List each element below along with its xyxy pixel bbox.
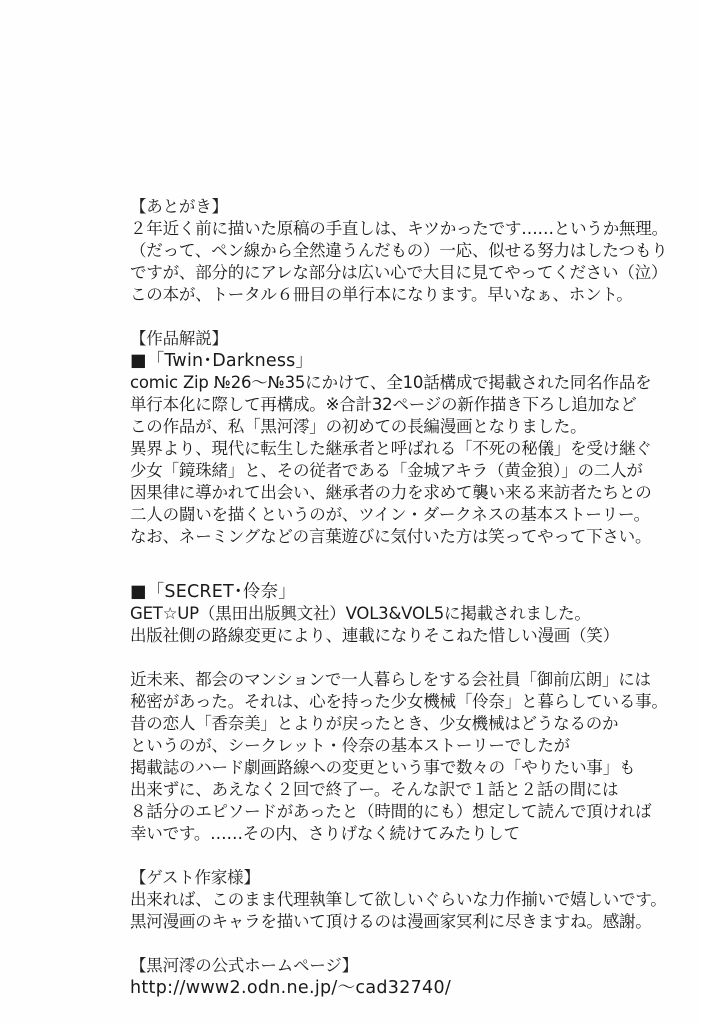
work-line: この作品が、私「黒河澪」の初めての長編漫画となりました。 <box>130 416 630 438</box>
guest-artists-section: 【ゲスト作家様】 出来れば、このまま代理執筆して欲しいぐらいな力作揃いで嬉しいで… <box>130 867 630 933</box>
work-line: 二人の闘いを描くというのが、ツイン・ダークネスの基本ストーリー。 <box>130 504 630 526</box>
afterword-line: ですが、部分的にアレな部分は広い心で大目に見てやってください（泣） <box>130 262 630 284</box>
homepage-heading: 【黒河澪の公式ホームページ】 <box>130 955 630 977</box>
commentary-section: 【作品解説】 ■「Twin･Darkness」 comic Zip №26～№3… <box>130 328 630 845</box>
commentary-heading: 【作品解説】 <box>130 328 630 350</box>
homepage-url: http://www2.odn.ne.jp/～cad32740/ <box>130 977 630 999</box>
work-line: 異界より、現代に転生した継承者と呼ばれる「不死の秘儀」を受け継ぐ <box>130 438 630 460</box>
work-line: 単行本化に際して再構成。※合計32ページの新作描き下ろし追加など <box>130 394 630 416</box>
work-twin-darkness: ■「Twin･Darkness」 comic Zip №26～№35にかけて、全… <box>130 350 630 548</box>
guest-artists-line: 黒河漫画のキャラを描いて頂けるのは漫画家冥利に尽きますね。感謝。 <box>130 911 630 933</box>
spacer <box>130 548 630 581</box>
story-line: 昔の恋人「香奈美」とよりが戻ったとき、少女機械はどうなるのか <box>130 713 630 735</box>
afterword-heading: 【あとがき】 <box>130 196 630 218</box>
work-title: ■「SECRET･伶奈」 <box>130 581 630 603</box>
afterword-page: 【あとがき】 ２年近く前に描いた原稿の手直しは、キツかったです……というか無理。… <box>130 196 630 999</box>
work-line: 少女「鏡珠緒」と、その従者である「金城アキラ（黄金狼）」の二人が <box>130 460 630 482</box>
work-line: comic Zip №26～№35にかけて、全10話構成で掲載された同名作品を <box>130 372 630 394</box>
story-line: 幸いです。……その内、さりげなく続けてみたりして <box>130 823 630 845</box>
story-line: 近未来、都会のマンションで一人暮らしをする会社員「御前広朗」には <box>130 669 630 691</box>
work-line: 因果律に導かれて出会い、継承者の力を求めて襲い来る来訪者たちとの <box>130 482 630 504</box>
story-line: 出来ずに、あえなく２回で終了ー。そんな訳で１話と２話の間には <box>130 779 630 801</box>
story-line: というのが、シークレット・伶奈の基本ストーリーでしたが <box>130 735 630 757</box>
homepage-section: 【黒河澪の公式ホームページ】 http://www2.odn.ne.jp/～ca… <box>130 955 630 999</box>
spacer <box>130 845 630 867</box>
spacer <box>130 306 630 328</box>
work-secret-reina: ■「SECRET･伶奈」 GET☆UP（黒田出版興文社）VOL3&VOL5に掲載… <box>130 581 630 845</box>
story-line: 掲載誌のハード劇画路線への変更という事で数々の「やりたい事」も <box>130 757 630 779</box>
work-line: 出版社側の路線変更により、連載になりそこねた惜しい漫画（笑） <box>130 625 630 647</box>
work-title: ■「Twin･Darkness」 <box>130 350 630 372</box>
story-line: ８話分のエピソードがあったと（時間的にも）想定して読んで頂ければ <box>130 801 630 823</box>
afterword-line: ２年近く前に描いた原稿の手直しは、キツかったです……というか無理。 <box>130 218 630 240</box>
work-line: GET☆UP（黒田出版興文社）VOL3&VOL5に掲載されました。 <box>130 603 630 625</box>
work-line: なお、ネーミングなどの言葉遊びに気付いた方は笑ってやって下さい。 <box>130 526 630 548</box>
afterword-line: この本が、トータル６冊目の単行本になります。早いなぁ、ホント。 <box>130 284 630 306</box>
spacer <box>130 933 630 955</box>
guest-artists-line: 出来れば、このまま代理執筆して欲しいぐらいな力作揃いで嬉しいです。 <box>130 889 630 911</box>
spacer <box>130 647 630 669</box>
afterword-section: 【あとがき】 ２年近く前に描いた原稿の手直しは、キツかったです……というか無理。… <box>130 196 630 306</box>
afterword-line: （だって、ペン線から全然違うんだもの）一応、似せる努力はしたつもり <box>130 240 630 262</box>
guest-artists-heading: 【ゲスト作家様】 <box>130 867 630 889</box>
story-line: 秘密があった。それは、心を持った少女機械「伶奈」と暮らしている事。 <box>130 691 630 713</box>
